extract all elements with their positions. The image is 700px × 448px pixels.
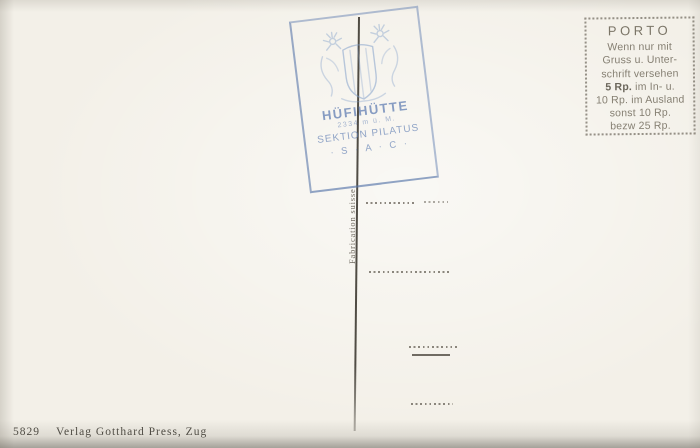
postcard-back: Fabrication suisse HÜFIHÜTTE [0,0,700,448]
porto-line: 10 Rp. im Ausland [587,93,693,107]
porto-notice-box: PORTO Wenn nur mit Gruss u. Unter- schri… [584,16,695,135]
porto-line: Wenn nur mit [587,41,693,55]
address-line-1a [366,202,416,204]
porto-rate-bold: 5 Rp. [605,81,632,93]
porto-line: sonst 10 Rp. [587,107,693,121]
address-line-3 [409,346,458,348]
porto-line: schrift versehen [587,67,693,81]
publisher-imprint: 5829Verlag Gotthard Press, Zug [13,426,207,438]
porto-line: Gruss u. Unter- [587,54,693,68]
imprint-number: 5829 [13,426,40,438]
address-line-4 [411,403,453,405]
porto-line: bezw 25 Rp. [587,120,693,134]
porto-rate-line: 5 Rp. im In- u. [587,80,693,94]
address-line-2 [369,271,449,273]
porto-rate-rest: im In- u. [632,80,675,92]
address-line-underline [412,354,450,356]
porto-title: PORTO [586,23,692,37]
address-line-1b [424,201,448,203]
hut-rubber-stamp: HÜFIHÜTTE 2334 m ü. M. SEKTION PILATUS ·… [289,6,439,194]
alpine-club-crest-icon [308,13,410,110]
imprint-publisher: Verlag Gotthard Press, Zug [56,426,207,438]
